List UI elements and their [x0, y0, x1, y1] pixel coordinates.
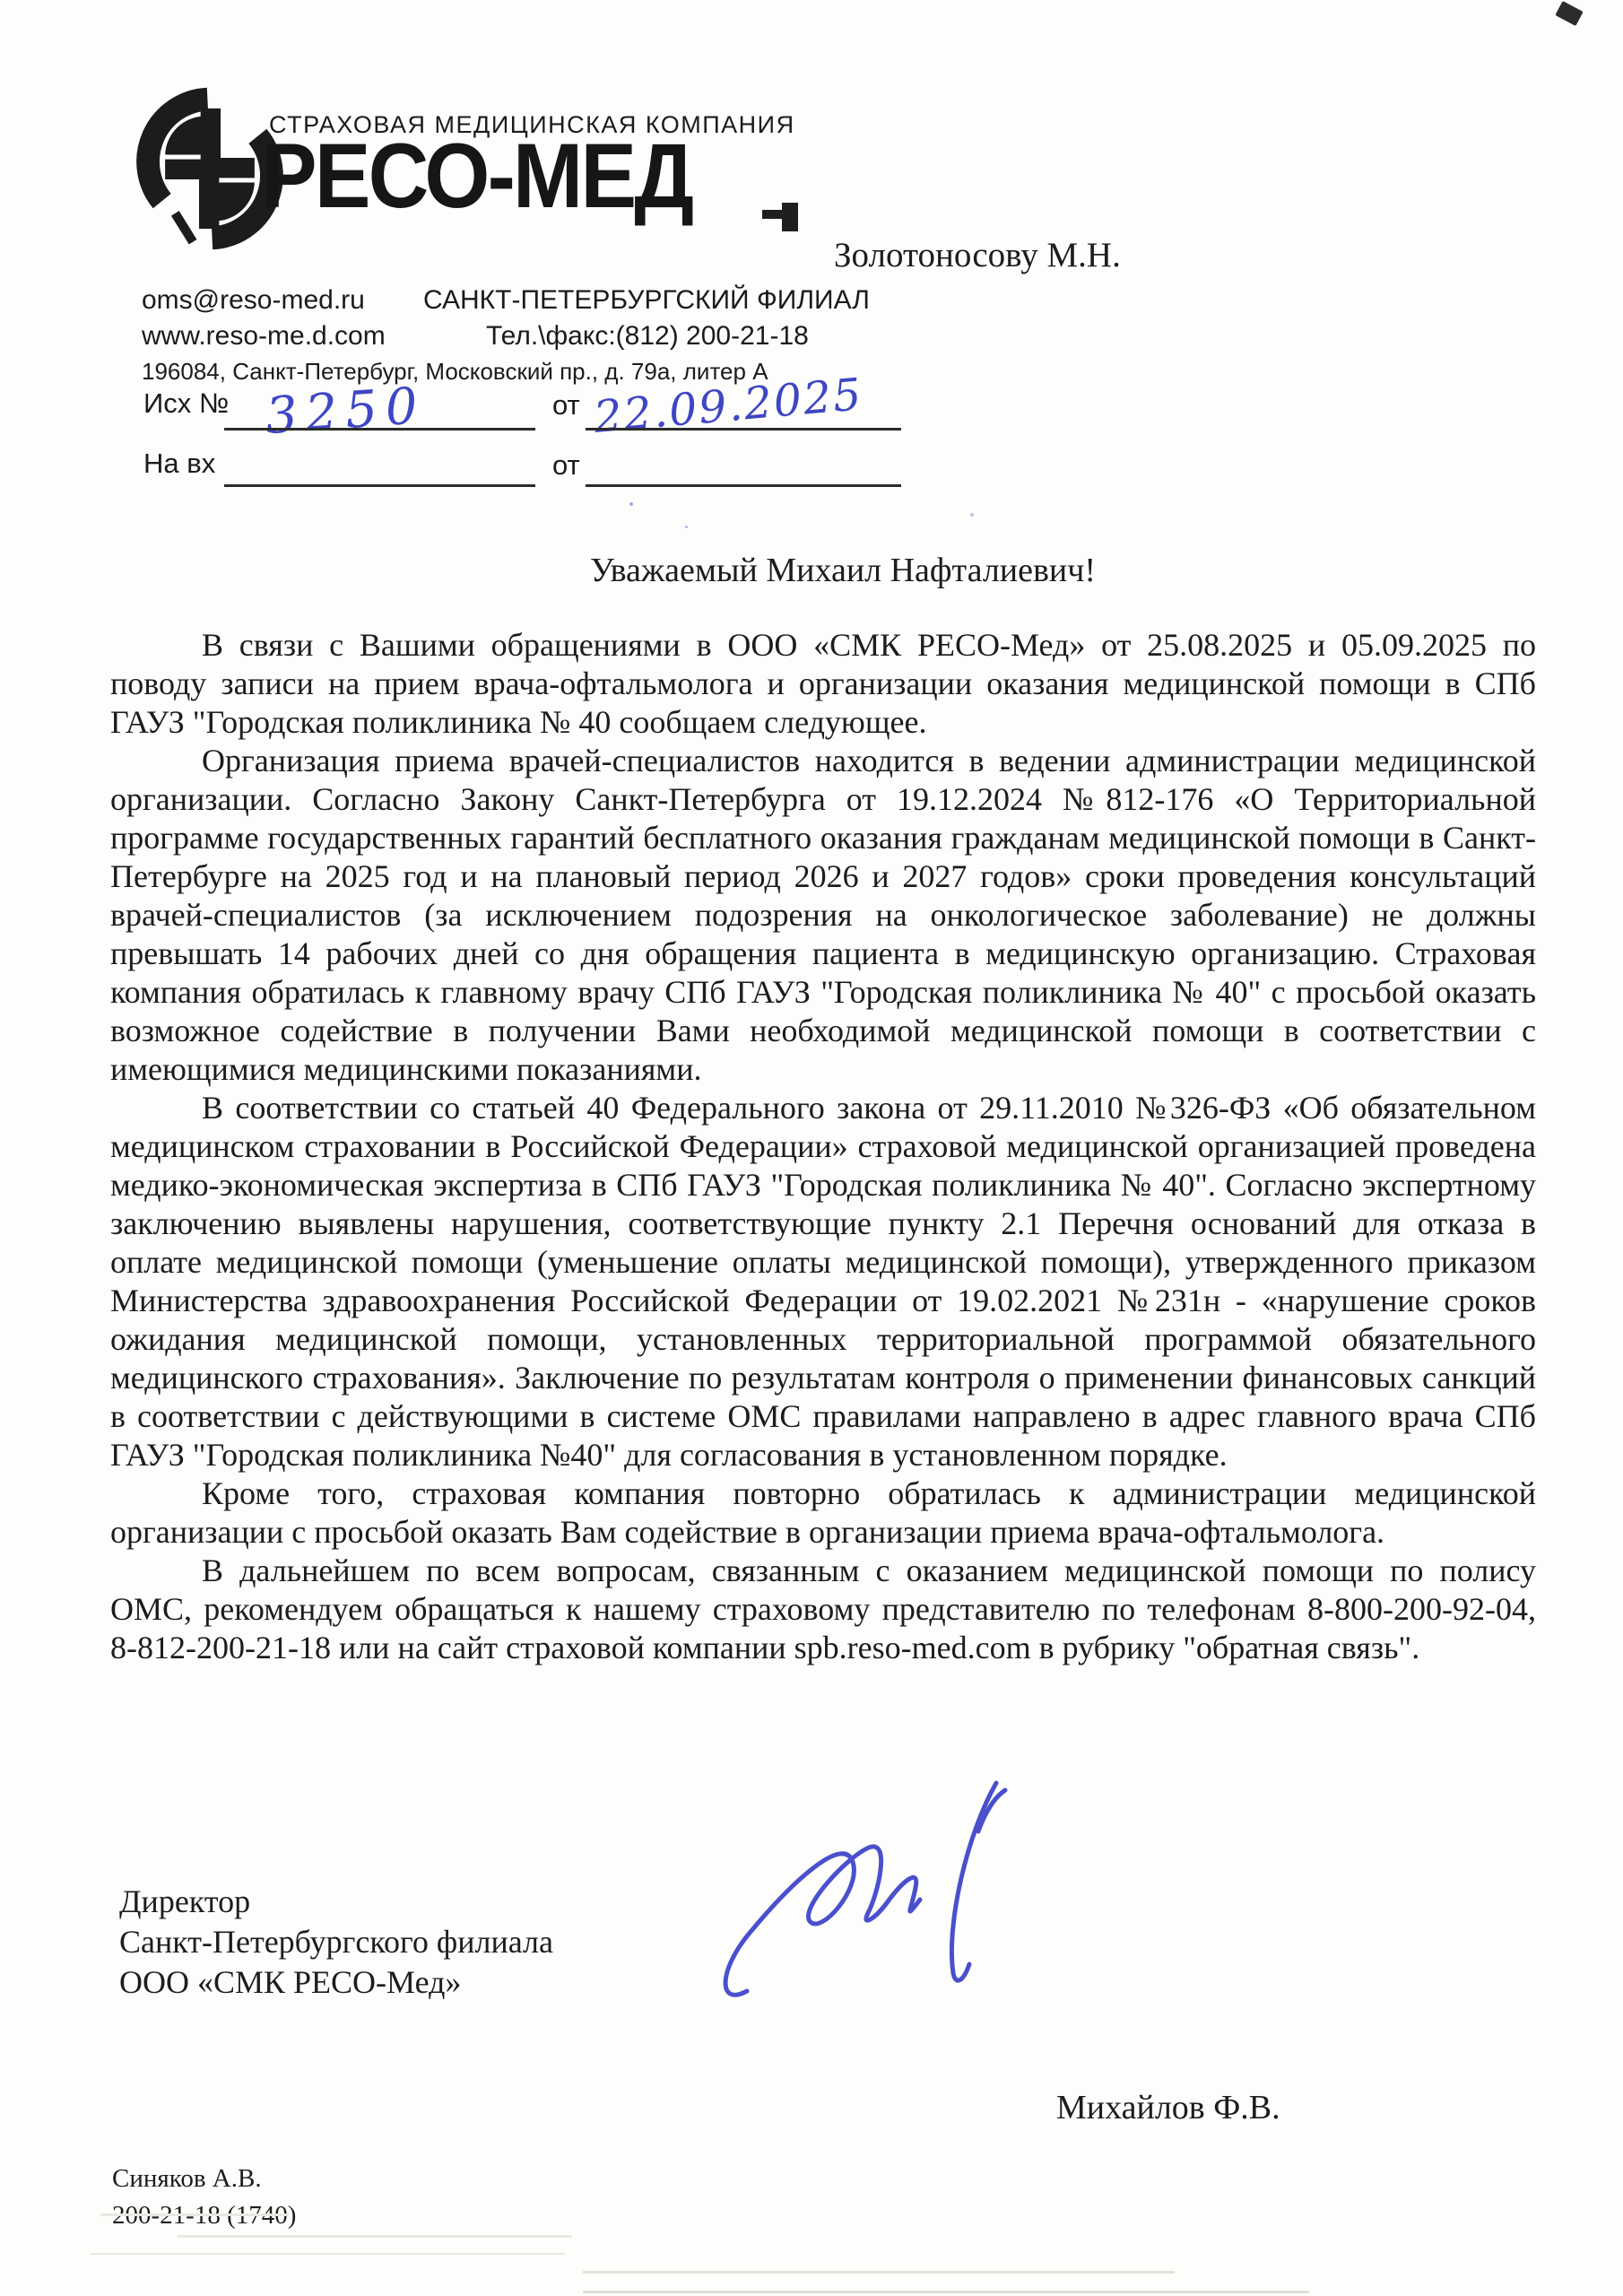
- scan-streak: [90, 2253, 565, 2255]
- body-paragraph: Организация приема врачей-специалистов н…: [110, 742, 1536, 1089]
- ink-speck: [970, 513, 974, 517]
- incoming-number-label: На вх: [143, 448, 215, 480]
- outgoing-number-line: [224, 428, 535, 430]
- recipient-name: Золотоносову М.Н.: [834, 235, 1121, 275]
- body-paragraph: Кроме того, страховая компания повторно …: [110, 1474, 1536, 1552]
- scan-artifact-mark: [762, 203, 800, 239]
- scan-streak: [100, 2213, 289, 2216]
- scanned-letter-page: СТРАХОВАЯ МЕДИЦИНСКАЯ КОМПАНИЯ РЕСО-МЕД …: [0, 0, 1623, 2296]
- letter-body: В связи с Вашими обращениями в ООО «СМК …: [110, 626, 1536, 1667]
- body-paragraph: В дальнейшем по всем вопросам, связанным…: [110, 1552, 1536, 1667]
- outgoing-date-label: от: [552, 389, 580, 422]
- incoming-date-line: [586, 484, 901, 487]
- executor-name: Синяков А.В.: [112, 2164, 262, 2194]
- branch-name: САНКТ-ПЕТЕРБУРГСКИЙ ФИЛИАЛ: [423, 285, 870, 316]
- scan-streak: [583, 2271, 1175, 2274]
- postal-address: 196084, Санкт-Петербург, Московский пр.,…: [142, 358, 768, 386]
- body-paragraph: В связи с Вашими обращениями в ООО «СМК …: [110, 626, 1536, 742]
- ink-speck: [685, 526, 688, 528]
- contact-email: oms@reso-med.ru: [142, 285, 365, 316]
- outgoing-date-line: [586, 428, 901, 430]
- body-paragraph: В соответствии со статьей 40 Федеральног…: [110, 1089, 1536, 1474]
- outgoing-number-label: Исх №: [143, 387, 229, 420]
- website-url: www.reso-me.d.com: [142, 321, 386, 352]
- signer-title-line: Санкт-Петербургского филиала: [119, 1922, 553, 1962]
- scan-streak: [178, 2235, 572, 2238]
- scan-artifact-corner: [1555, 1, 1583, 26]
- handwritten-outgoing-number: 3250: [264, 377, 428, 446]
- signer-title-line: ООО «СМК РЕСО-Мед»: [119, 1962, 553, 2003]
- phone-fax: Тел.\факс:(812) 200-21-18: [486, 321, 809, 352]
- salutation: Уважаемый Михаил Нафталиевич!: [590, 551, 1096, 590]
- signature-title: Директор Санкт-Петербургского филиала ОО…: [119, 1882, 553, 2003]
- handwritten-signature: [713, 1778, 1112, 2024]
- ink-speck: [629, 502, 633, 506]
- incoming-number-line: [224, 484, 535, 487]
- scan-streak: [583, 2291, 1309, 2293]
- signer-title-line: Директор: [119, 1882, 553, 1922]
- incoming-date-label: от: [552, 449, 580, 482]
- signer-name: Михайлов Ф.В.: [1056, 2088, 1280, 2127]
- company-name: РЕСО-МЕД: [261, 124, 691, 229]
